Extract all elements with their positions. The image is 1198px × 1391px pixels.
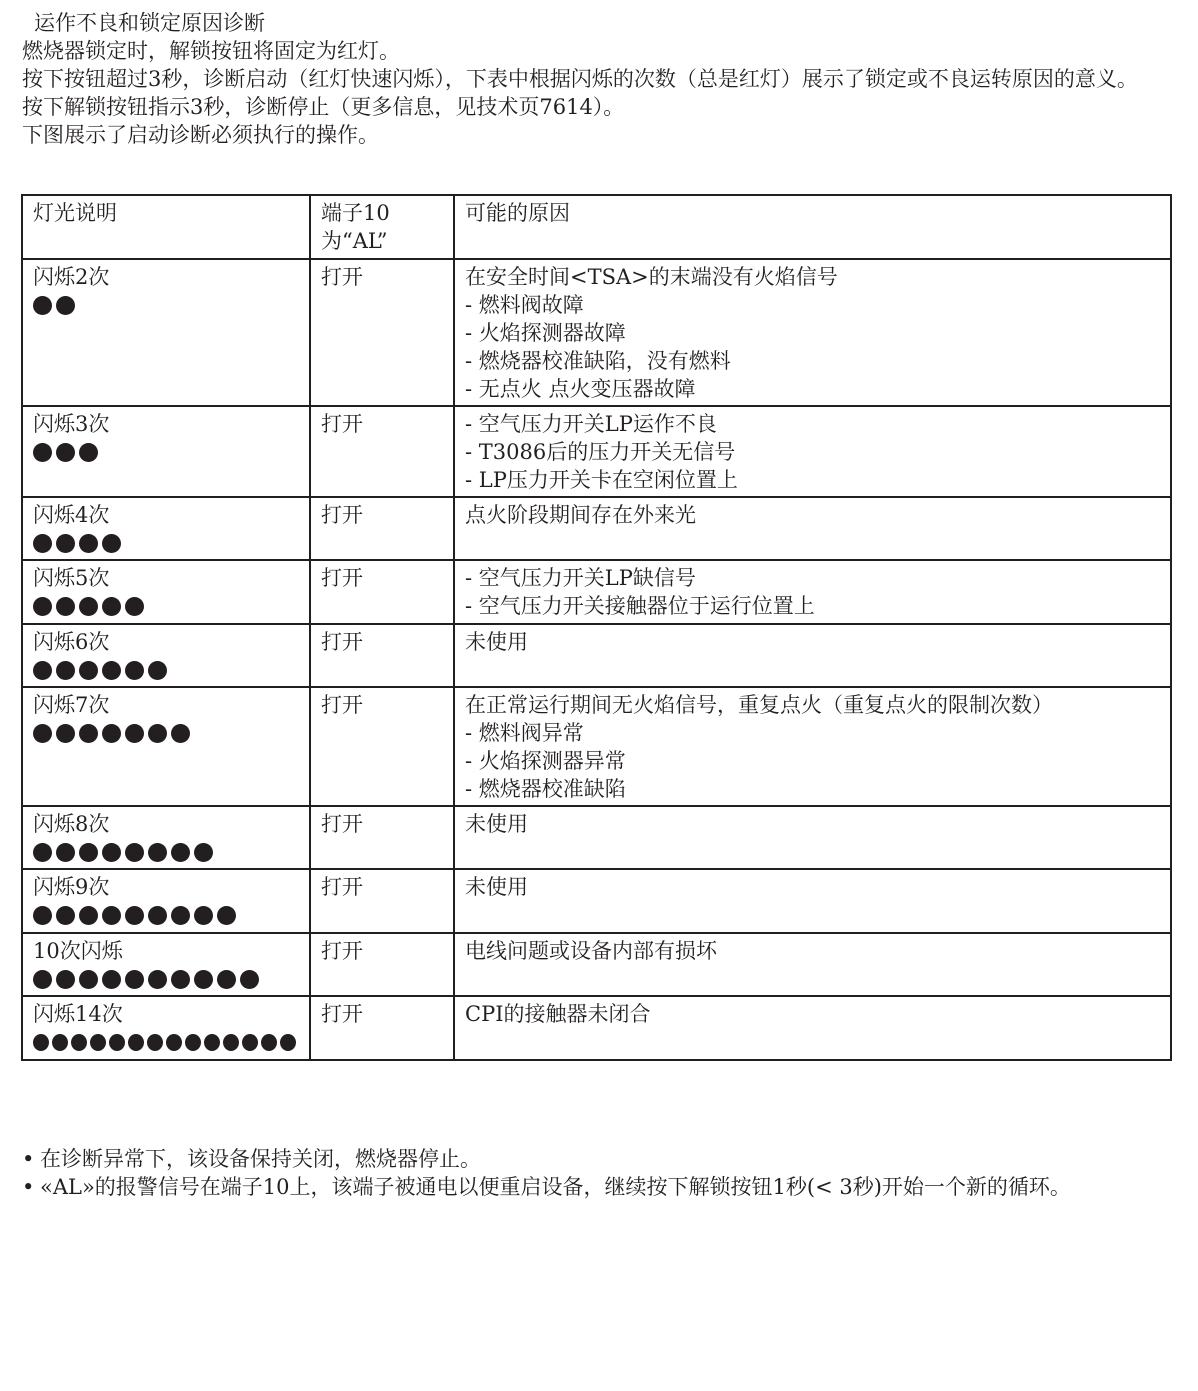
cause-line: - T3086后的压力开关无信号 [465,438,1160,466]
blink-dot-icon [33,296,52,315]
blink-dot-icon [185,1034,201,1051]
blink-dot-icon [102,534,121,553]
intro-line: 按下解锁按钮指示3秒，诊断停止（更多信息，见技术页7614）。 [22,93,1182,121]
light-description-cell: 闪烁6次 [22,624,310,687]
blink-count-label: 闪烁5次 [33,564,299,592]
blink-dot-icon [125,661,144,680]
blink-dot-icon [56,534,75,553]
blink-dot-icon [33,443,52,462]
blink-dot-icon [148,906,167,925]
blink-dot-icon [71,1034,87,1051]
possible-cause-cell: 点火阶段期间存在外来光 [454,497,1171,560]
cause-line: - 火焰探测器故障 [465,319,1160,347]
cause-line: 在安全时间<TSA>的末端没有火焰信号 [465,263,1160,291]
blink-count-label: 闪烁3次 [33,410,299,438]
table-row: 闪烁14次打开CPI的接触器未闭合 [22,996,1171,1060]
cause-line: 未使用 [465,628,1160,656]
blink-count-label: 闪烁14次 [33,1000,299,1028]
cause-line: 电线问题或设备内部有损坏 [465,937,1160,965]
blink-dot-icon [125,724,144,743]
intro-line: 按下按钮超过3秒，诊断启动（红灯快速闪烁），下表中根据闪烁的次数（总是红灯）展示… [22,65,1182,93]
header-terminal-line1: 端子10 [321,199,443,227]
terminal-state-cell: 打开 [310,624,454,687]
cause-line: - 燃烧器校准缺陷，没有燃料 [465,347,1160,375]
possible-cause-cell: 未使用 [454,806,1171,869]
blink-dots [33,1032,299,1052]
table-header-row: 灯光说明 端子10 为“AL” 可能的原因 [22,195,1171,259]
cause-line: - 燃料阀异常 [465,719,1160,747]
terminal-state-cell: 打开 [310,933,454,996]
blink-dot-icon [125,843,144,862]
blink-dot-icon [125,906,144,925]
terminal-state-cell: 打开 [310,560,454,624]
blink-dot-icon [194,906,213,925]
light-description-cell: 闪烁4次 [22,497,310,560]
blink-dot-icon [33,597,52,616]
cause-line: - 空气压力开关LP运作不良 [465,410,1160,438]
header-cause: 可能的原因 [454,195,1171,259]
blink-dots [33,596,299,616]
terminal-state-cell: 打开 [310,406,454,497]
note-text: «AL»的报警信号在端子10上，该端子被通电以便重启设备，继续按下解锁按钮1秒(… [40,1175,1071,1199]
blink-dot-icon [125,597,144,616]
table-row: 闪烁2次打开在安全时间<TSA>的末端没有火焰信号- 燃料阀故障- 火焰探测器故… [22,259,1171,406]
table-row: 10次闪烁打开电线问题或设备内部有损坏 [22,933,1171,996]
header-terminal-line2: 为“AL” [321,227,443,255]
blink-dots [33,905,299,925]
blink-dot-icon [128,1034,144,1051]
intro-line: 燃烧器锁定时，解锁按钮将固定为红灯。 [22,37,1182,65]
blink-dot-icon [33,724,52,743]
cause-line: CPI的接触器未闭合 [465,1000,1160,1028]
blink-dot-icon [240,970,259,989]
blink-dot-icon [79,534,98,553]
blink-dot-icon [102,906,121,925]
blink-dots [33,723,299,743]
possible-cause-cell: - 空气压力开关LP缺信号- 空气压力开关接触器位于运行位置上 [454,560,1171,624]
blink-dot-icon [102,970,121,989]
blink-dot-icon [223,1034,239,1051]
bullet-icon: • [22,1173,40,1201]
note-text: 在诊断异常下，该设备保持关闭，燃烧器停止。 [40,1147,481,1171]
blink-dot-icon [52,1034,68,1051]
blink-dot-icon [102,724,121,743]
blink-dot-icon [79,597,98,616]
blink-count-label: 闪烁7次 [33,691,299,719]
section-title: 运作不良和锁定原因诊断 [22,9,1182,37]
blink-dot-icon [109,1034,125,1051]
blink-dot-icon [171,843,190,862]
notes-section: •在诊断异常下，该设备保持关闭，燃烧器停止。 •«AL»的报警信号在端子10上，… [22,1145,1071,1201]
possible-cause-cell: 在安全时间<TSA>的末端没有火焰信号- 燃料阀故障- 火焰探测器故障- 燃烧器… [454,259,1171,406]
terminal-state-cell: 打开 [310,259,454,406]
blink-dot-icon [148,843,167,862]
blink-dot-icon [217,906,236,925]
blink-dot-icon [217,970,236,989]
blink-dots [33,442,299,462]
blink-count-label: 闪烁2次 [33,263,299,291]
cause-line: 未使用 [465,810,1160,838]
terminal-state-cell: 打开 [310,806,454,869]
blink-dot-icon [102,597,121,616]
blink-dot-icon [56,724,75,743]
cause-line: - 无点火 点火变压器故障 [465,375,1160,403]
blink-dot-icon [148,970,167,989]
terminal-state-cell: 打开 [310,869,454,933]
table-row: 闪烁9次打开未使用 [22,869,1171,933]
blink-dot-icon [33,661,52,680]
table-row: 闪烁3次打开- 空气压力开关LP运作不良- T3086后的压力开关无信号- LP… [22,406,1171,497]
blink-dots [33,660,299,680]
terminal-state-cell: 打开 [310,497,454,560]
table-row: 闪烁6次打开未使用 [22,624,1171,687]
blink-count-label: 闪烁8次 [33,810,299,838]
table-row: 闪烁7次打开在正常运行期间无火焰信号，重复点火（重复点火的限制次数）- 燃料阀异… [22,687,1171,806]
blink-dot-icon [204,1034,220,1051]
light-description-cell: 闪烁8次 [22,806,310,869]
blink-dot-icon [33,906,52,925]
blink-dot-icon [102,843,121,862]
blink-dots [33,842,299,862]
blink-dot-icon [171,724,190,743]
bullet-icon: • [22,1145,40,1173]
cause-line: - 火焰探测器异常 [465,747,1160,775]
blink-dot-icon [194,843,213,862]
blink-dot-icon [33,970,52,989]
note-item: •«AL»的报警信号在端子10上，该端子被通电以便重启设备，继续按下解锁按钮1秒… [22,1173,1071,1201]
table-row: 闪烁5次打开- 空气压力开关LP缺信号- 空气压力开关接触器位于运行位置上 [22,560,1171,624]
light-description-cell: 闪烁2次 [22,259,310,406]
blink-dot-icon [33,843,52,862]
table-row: 闪烁8次打开未使用 [22,806,1171,869]
blink-dot-icon [148,724,167,743]
blink-dot-icon [56,443,75,462]
header-light: 灯光说明 [22,195,310,259]
blink-dot-icon [56,661,75,680]
possible-cause-cell: CPI的接触器未闭合 [454,996,1171,1060]
light-description-cell: 闪烁7次 [22,687,310,806]
blink-dot-icon [261,1034,277,1051]
blink-dot-icon [242,1034,258,1051]
blink-dot-icon [171,906,190,925]
blink-dot-icon [79,443,98,462]
light-description-cell: 闪烁3次 [22,406,310,497]
blink-dot-icon [171,970,190,989]
blink-count-label: 闪烁9次 [33,873,299,901]
blink-dot-icon [56,296,75,315]
blink-dot-icon [33,1034,49,1051]
blink-count-label: 闪烁4次 [33,501,299,529]
blink-dot-icon [90,1034,106,1051]
light-description-cell: 闪烁14次 [22,996,310,1060]
intro-section: 运作不良和锁定原因诊断 燃烧器锁定时，解锁按钮将固定为红灯。 按下按钮超过3秒，… [22,9,1182,149]
blink-dot-icon [79,906,98,925]
blink-dot-icon [148,661,167,680]
blink-dot-icon [166,1034,182,1051]
terminal-state-cell: 打开 [310,996,454,1060]
terminal-state-cell: 打开 [310,687,454,806]
blink-dots [33,295,299,315]
cause-line: 点火阶段期间存在外来光 [465,501,1160,529]
blink-dot-icon [147,1034,163,1051]
possible-cause-cell: 未使用 [454,869,1171,933]
cause-line: 在正常运行期间无火焰信号，重复点火（重复点火的限制次数） [465,691,1160,719]
header-terminal: 端子10 为“AL” [310,195,454,259]
light-description-cell: 10次闪烁 [22,933,310,996]
blink-dot-icon [280,1034,296,1051]
blink-count-label: 闪烁6次 [33,628,299,656]
cause-line: - 燃料阀故障 [465,291,1160,319]
cause-line: 未使用 [465,873,1160,901]
cause-line: - LP压力开关卡在空闲位置上 [465,466,1160,494]
blink-dot-icon [33,534,52,553]
blink-dot-icon [194,970,213,989]
possible-cause-cell: - 空气压力开关LP运作不良- T3086后的压力开关无信号- LP压力开关卡在… [454,406,1171,497]
blink-dot-icon [79,970,98,989]
light-description-cell: 闪烁5次 [22,560,310,624]
table-row: 闪烁4次打开点火阶段期间存在外来光 [22,497,1171,560]
blink-dot-icon [56,843,75,862]
blink-dot-icon [102,661,121,680]
possible-cause-cell: 未使用 [454,624,1171,687]
cause-line: - 空气压力开关接触器位于运行位置上 [465,592,1160,620]
blink-dot-icon [125,970,144,989]
diagnostic-table: 灯光说明 端子10 为“AL” 可能的原因 闪烁2次打开在安全时间<TSA>的末… [21,194,1172,1061]
possible-cause-cell: 电线问题或设备内部有损坏 [454,933,1171,996]
light-description-cell: 闪烁9次 [22,869,310,933]
blink-count-label: 10次闪烁 [33,937,299,965]
blink-dot-icon [79,724,98,743]
blink-dots [33,969,299,989]
blink-dot-icon [79,661,98,680]
possible-cause-cell: 在正常运行期间无火焰信号，重复点火（重复点火的限制次数）- 燃料阀异常- 火焰探… [454,687,1171,806]
blink-dot-icon [56,970,75,989]
blink-dots [33,533,299,553]
blink-dot-icon [56,597,75,616]
blink-dot-icon [79,843,98,862]
cause-line: - 燃烧器校准缺陷 [465,775,1160,803]
blink-dot-icon [56,906,75,925]
cause-line: - 空气压力开关LP缺信号 [465,564,1160,592]
note-item: •在诊断异常下，该设备保持关闭，燃烧器停止。 [22,1145,1071,1173]
intro-line: 下图展示了启动诊断必须执行的操作。 [22,121,1182,149]
